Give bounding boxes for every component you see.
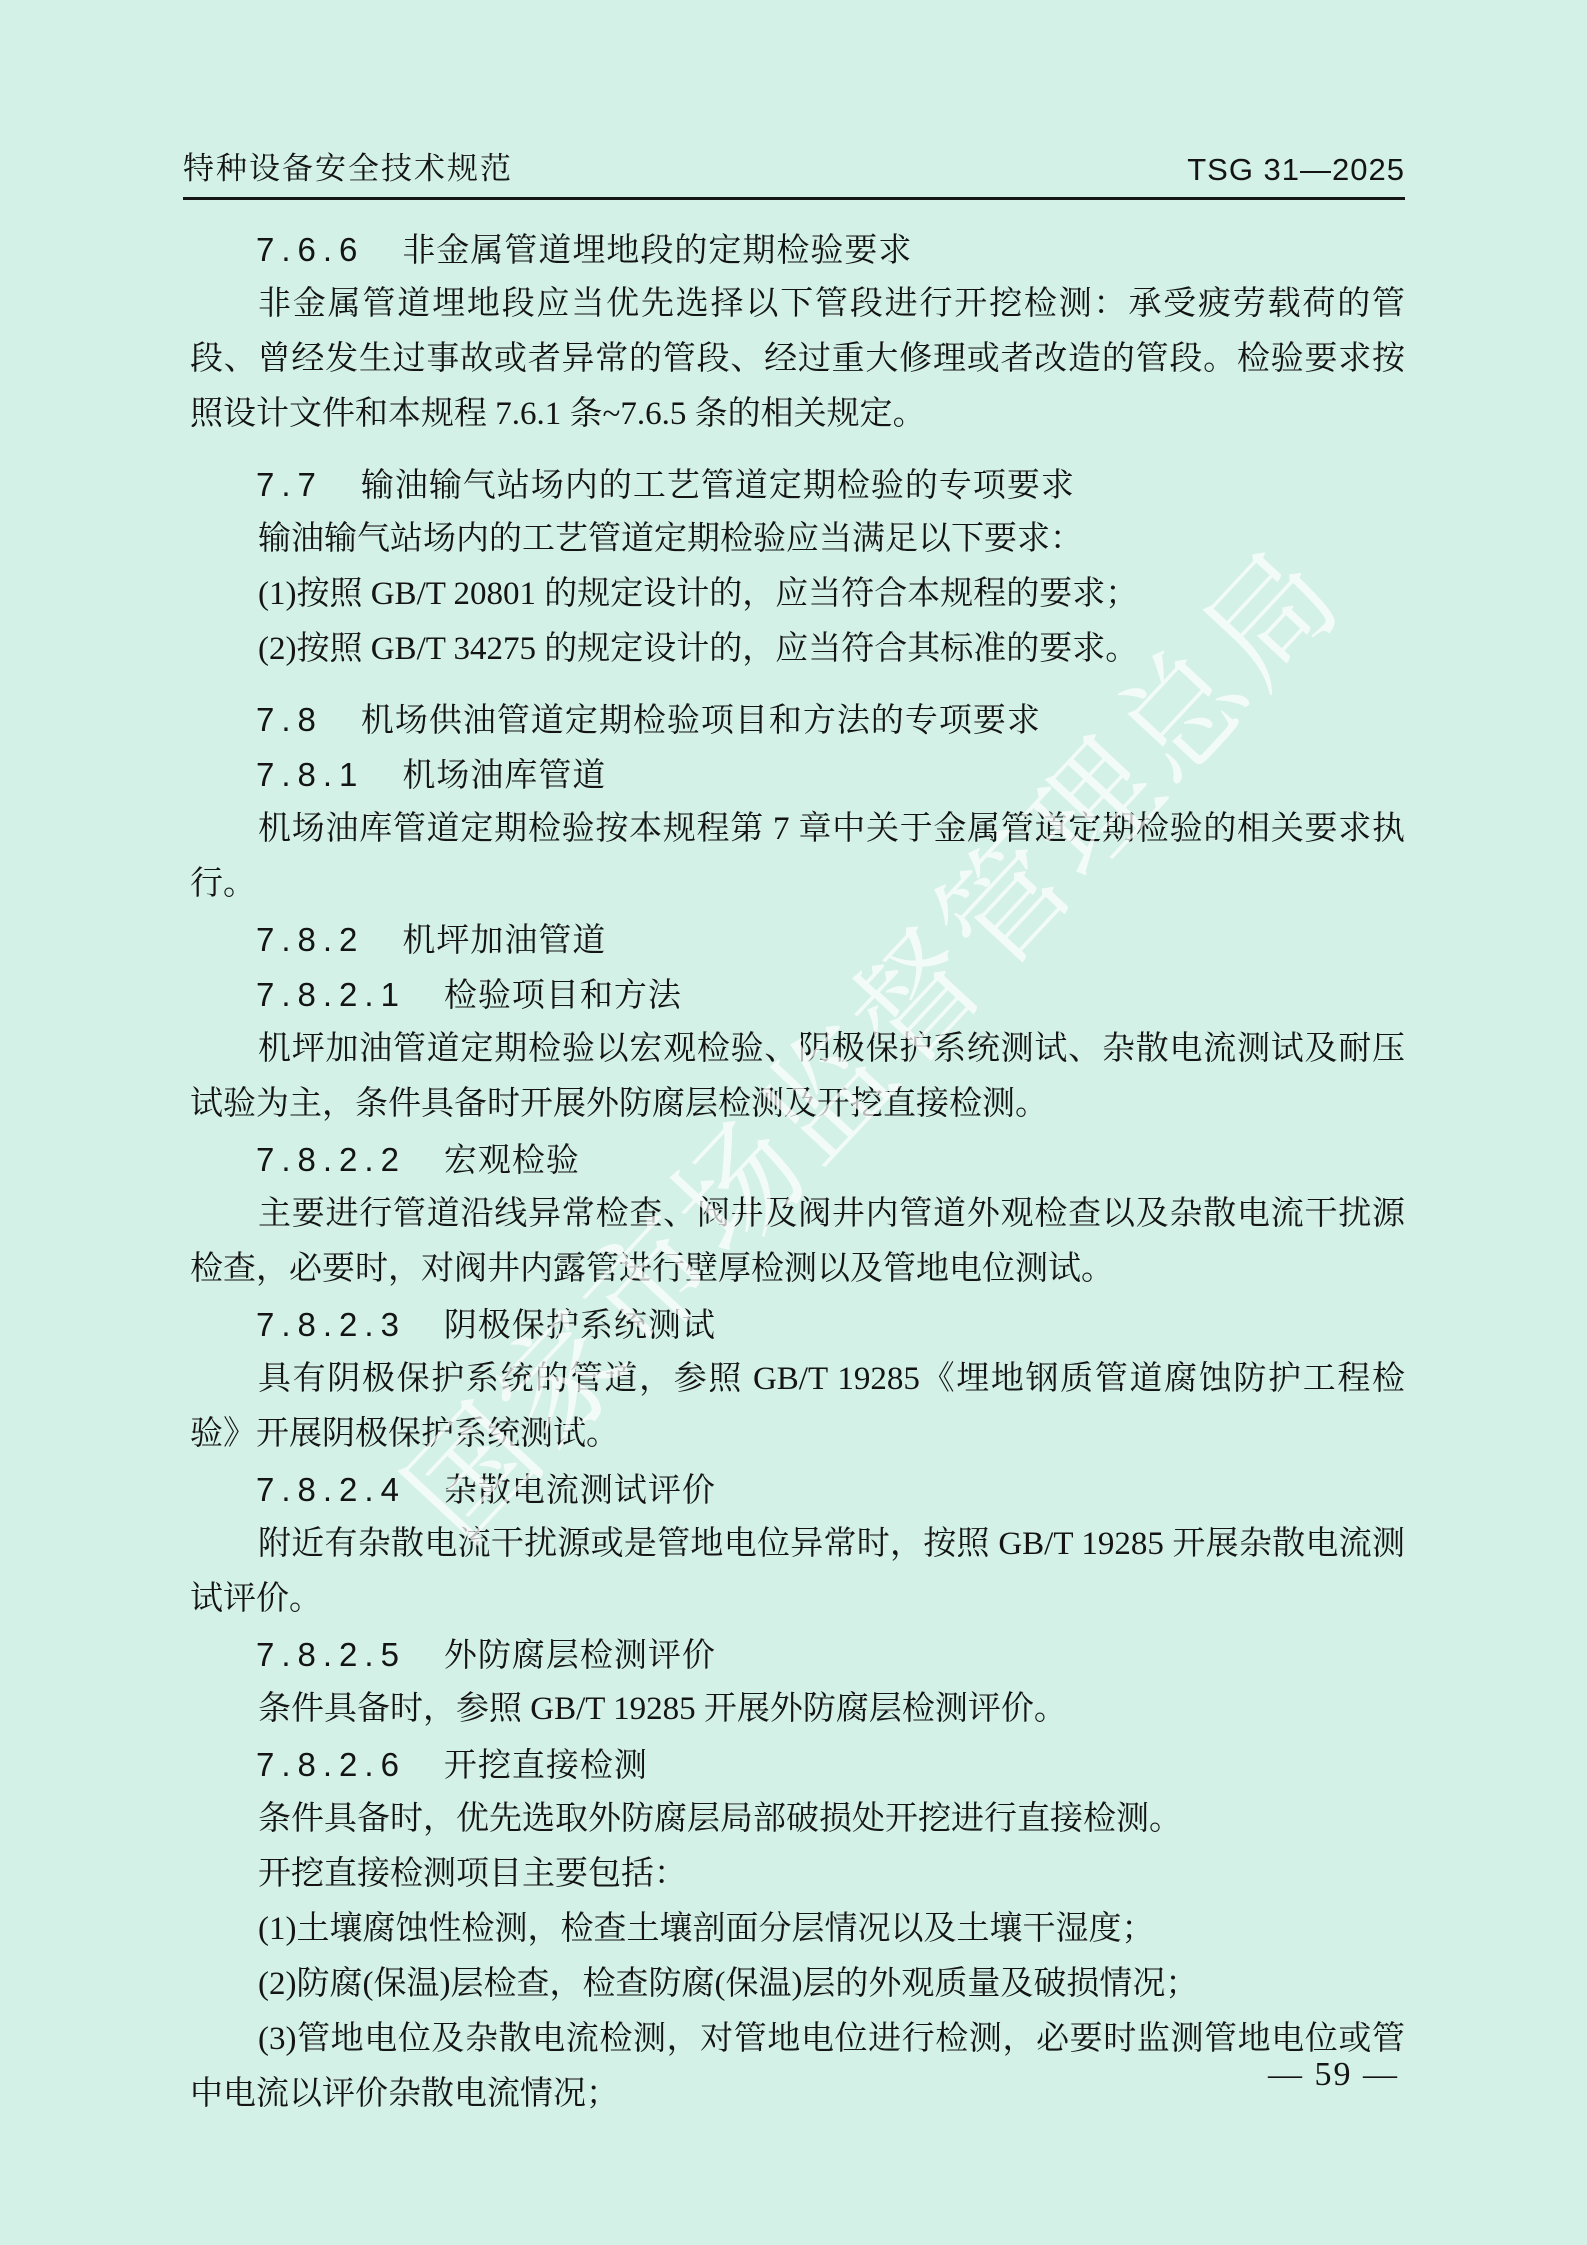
paragraph: 输油输气站场内的工艺管道定期检验应当满足以下要求： [190, 512, 1405, 567]
paragraph: 机坪加油管道定期检验以宏观检验、阴极保护系统测试、杂散电流测试及耐压试验为主，条… [190, 1022, 1405, 1132]
page-header: 特种设备安全技术规范 TSG 31—2025 [183, 143, 1405, 200]
paragraph: 主要进行管道沿线异常检查、阀井及阀井内管道外观检查以及杂散电流干扰源检查，必要时… [190, 1187, 1405, 1297]
paragraph: 条件具备时，参照 GB/T 19285 开展外防腐层检测评价。 [190, 1682, 1405, 1737]
section-title: 检验项目和方法 [444, 976, 682, 1013]
section-title: 机场供油管道定期检验项目和方法的专项要求 [361, 701, 1041, 738]
section-number: 7.7 [256, 466, 323, 503]
paragraph: 附近有杂散电流干扰源或是管地电位异常时，按照 GB/T 19285 开展杂散电流… [190, 1517, 1405, 1627]
section-number: 7.8.2.6 [256, 1746, 406, 1783]
header-document-code: TSG 31—2025 [1187, 152, 1405, 188]
section-heading: 7.8机场供油管道定期检验项目和方法的专项要求 [190, 692, 1405, 747]
section-title: 非金属管道埋地段的定期检验要求 [402, 231, 912, 268]
paragraph: (1)土壤腐蚀性检测，检查土壤剖面分层情况以及土壤干湿度； [190, 1902, 1405, 1957]
section-heading: 7.8.2机坪加油管道 [190, 912, 1405, 967]
section-heading: 7.8.2.5外防腐层检测评价 [190, 1627, 1405, 1682]
section-title: 开挖直接检测 [444, 1746, 648, 1783]
section-heading: 7.6.6非金属管道埋地段的定期检验要求 [190, 222, 1405, 277]
section-heading: 7.8.2.4杂散电流测试评价 [190, 1462, 1405, 1517]
section-number: 7.8.1 [256, 756, 364, 793]
document-page: 特种设备安全技术规范 TSG 31—2025 7.6.6非金属管道埋地段的定期检… [0, 0, 1587, 2245]
section-title: 杂散电流测试评价 [444, 1471, 716, 1508]
section-number: 7.8.2.4 [256, 1471, 406, 1508]
section-heading: 7.8.2.1检验项目和方法 [190, 967, 1405, 1022]
header-left-title: 特种设备安全技术规范 [183, 143, 513, 188]
section-number: 7.8.2.3 [256, 1306, 406, 1343]
paragraph: 条件具备时，优先选取外防腐层局部破损处开挖进行直接检测。 [190, 1792, 1405, 1847]
page-number: — 59 — [1268, 2056, 1399, 2094]
section-number: 7.8 [256, 701, 323, 738]
section-number: 7.8.2.1 [256, 976, 406, 1013]
section-number: 7.8.2.2 [256, 1141, 406, 1178]
paragraph: 开挖直接检测项目主要包括： [190, 1847, 1405, 1902]
paragraph: (3)管地电位及杂散电流检测，对管地电位进行检测，必要时监测管地电位或管中电流以… [190, 2012, 1405, 2122]
section-heading: 7.8.2.3阴极保护系统测试 [190, 1297, 1405, 1352]
section-title: 宏观检验 [444, 1141, 580, 1178]
section-heading: 7.7输油输气站场内的工艺管道定期检验的专项要求 [190, 457, 1405, 512]
section-title: 输油输气站场内的工艺管道定期检验的专项要求 [361, 466, 1075, 503]
paragraph: (1)按照 GB/T 20801 的规定设计的，应当符合本规程的要求； [190, 567, 1405, 622]
section-title: 外防腐层检测评价 [444, 1636, 716, 1673]
paragraph: (2)按照 GB/T 34275 的规定设计的，应当符合其标准的要求。 [190, 622, 1405, 677]
paragraph: 机场油库管道定期检验按本规程第 7 章中关于金属管道定期检验的相关要求执行。 [190, 802, 1405, 912]
content: 7.6.6非金属管道埋地段的定期检验要求非金属管道埋地段应当优先选择以下管段进行… [190, 222, 1405, 2122]
section-heading: 7.8.1机场油库管道 [190, 747, 1405, 802]
section-heading: 7.8.2.6开挖直接检测 [190, 1737, 1405, 1792]
section-heading: 7.8.2.2宏观检验 [190, 1132, 1405, 1187]
section-number: 7.6.6 [256, 231, 364, 268]
section-number: 7.8.2.5 [256, 1636, 406, 1673]
section-title: 机场油库管道 [402, 756, 606, 793]
section-number: 7.8.2 [256, 921, 364, 958]
paragraph: 具有阴极保护系统的管道，参照 GB/T 19285《埋地钢质管道腐蚀防护工程检验… [190, 1352, 1405, 1462]
section-title: 阴极保护系统测试 [444, 1306, 716, 1343]
paragraph: (2)防腐(保温)层检查，检查防腐(保温)层的外观质量及破损情况； [190, 1957, 1405, 2012]
section-title: 机坪加油管道 [402, 921, 606, 958]
paragraph: 非金属管道埋地段应当优先选择以下管段进行开挖检测：承受疲劳载荷的管段、曾经发生过… [190, 277, 1405, 442]
